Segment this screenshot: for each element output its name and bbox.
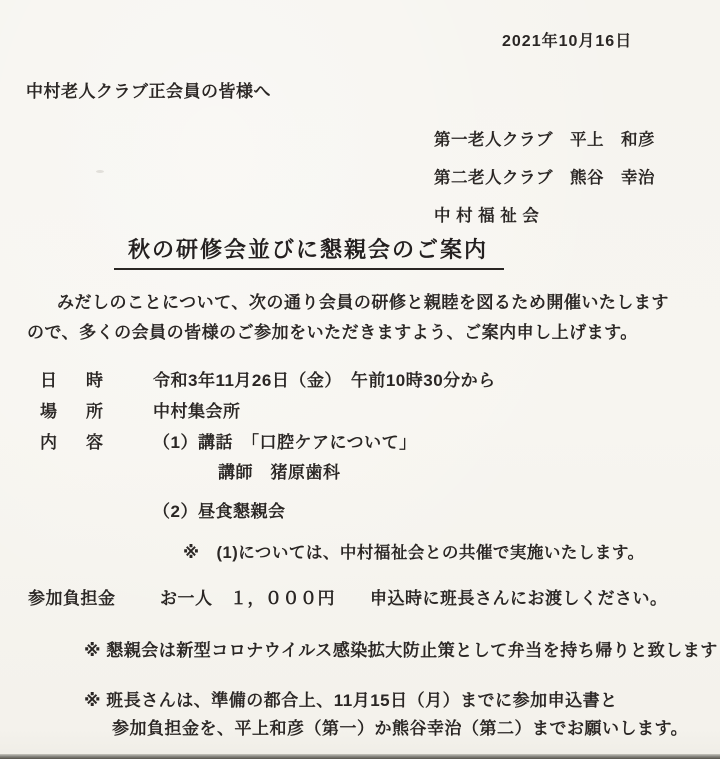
sender-block: 第一老人クラブ 平上 和彦 第二老人クラブ 熊谷 幸治 中 村 福 祉 会	[434, 126, 655, 240]
sender-line-club2: 第二老人クラブ 熊谷 幸治	[434, 164, 655, 188]
lecturer-line: 講師 猪原歯科	[218, 458, 341, 483]
document-date: 2021年10月16日	[502, 28, 632, 51]
detail-value-contents-item2: （2）昼食懇親会	[153, 497, 285, 522]
note-deadline-line1: ※ 班長さんは、準備の都合上、11月15日（月）までに参加申込書と	[84, 686, 618, 711]
sender-line-club1: 第一老人クラブ 平上 和彦	[434, 126, 655, 150]
detail-label-place: 場 所	[40, 397, 109, 422]
detail-value-datetime: 令和3年11月26日（金） 午前10時30分から	[153, 366, 496, 391]
note-covid: ※ 懇親会は新型コロナウイルス感染拡大防止策として弁当を持ち帰りと致します	[84, 636, 718, 661]
fee-value: お一人 １，０００円 申込時に班長さんにお渡しください。	[160, 584, 668, 609]
scan-artifact	[96, 170, 104, 173]
scanned-letter-page: 2021年10月16日 中村老人クラブ正会員の皆様へ 第一老人クラブ 平上 和彦…	[0, 0, 720, 759]
document-title: 秋の研修会並びに懇親会のご案内	[114, 233, 504, 270]
intro-paragraph-line1: みだしのことについて、次の通り会員の研修と親睦を図るため開催いたします	[57, 288, 669, 313]
detail-label-datetime: 日 時	[40, 366, 109, 391]
fee-label: 参加負担金	[28, 584, 116, 609]
scan-bottom-edge	[0, 754, 720, 759]
detail-value-place: 中村集会所	[153, 397, 241, 422]
intro-paragraph-line2: ので、多くの会員の皆様のご参加をいただきますよう、ご案内申し上げます。	[27, 318, 638, 343]
detail-label-contents: 内 容	[40, 428, 109, 453]
recipient-line: 中村老人クラブ正会員の皆様へ	[26, 77, 271, 102]
detail-value-contents-item1: （1）講話 「口腔ケアについて」	[153, 428, 417, 453]
note-cohost: ※ (1)については、中村福祉会との共催で実施いたします。	[183, 539, 645, 563]
sender-line-welfare: 中 村 福 祉 会	[434, 202, 655, 226]
note-deadline-line2: 参加負担金を、平上和彦（第一）か熊谷幸治（第二）までお願いします。	[112, 714, 688, 739]
